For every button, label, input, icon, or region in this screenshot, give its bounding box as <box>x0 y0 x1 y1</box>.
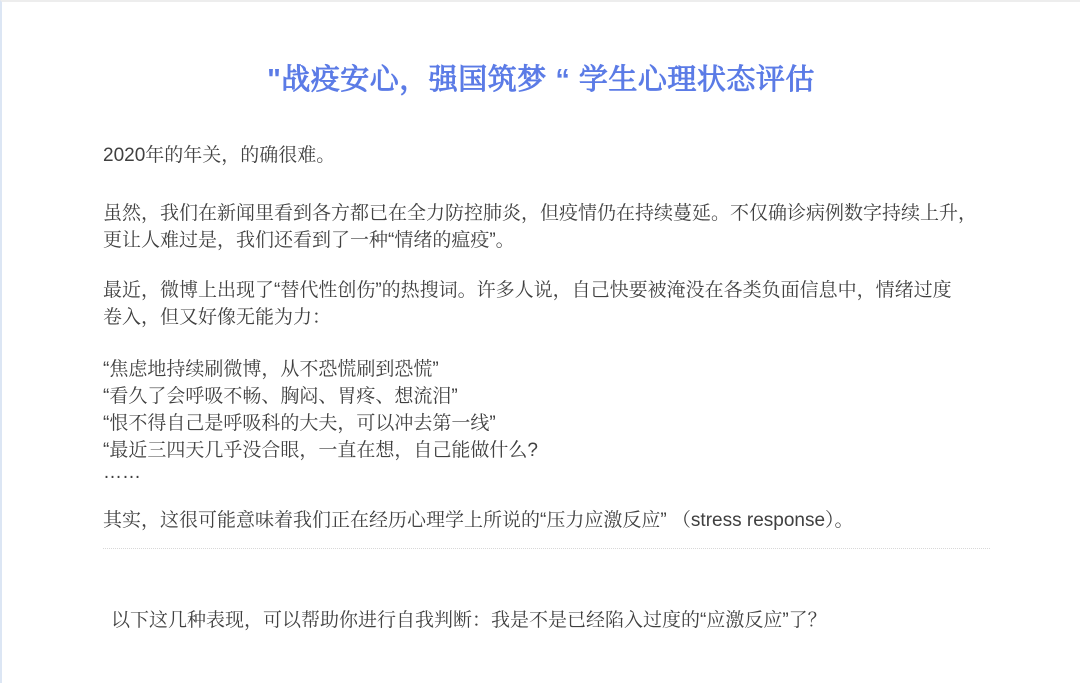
paragraph-self-check-intro: 以下这几种表现，可以帮助你进行自我判断：我是不是已经陷入过度的“应激反应”了？ <box>103 606 990 636</box>
text-line: 其实，这很可能意味着我们正在经历心理学上所说的“压力应激反应” （stress … <box>103 510 854 531</box>
text-line: 2020年的年关，的确很难。 <box>103 145 335 166</box>
quote-line: “恨不得自己是呼吸科的大夫，可以冲去第一线” <box>103 408 990 435</box>
quote-line: “焦虑地持续刷微博，从不恐慌刷到恐慌” <box>103 354 990 381</box>
text-line: 更让人难过是，我们还看到了一种“情绪的瘟疫”。 <box>103 225 990 252</box>
article-page: { "page": { "background_color": "#ffffff… <box>0 0 1080 683</box>
ellipsis-line: …… <box>103 462 990 484</box>
dotted-divider <box>103 548 990 549</box>
quote-line: “看久了会呼吸不畅、胸闷、胃疼、想流泪” <box>103 381 990 408</box>
text-line: 虽然，我们在新闻里看到各方都已在全力防控肺炎，但疫情仍在持续蔓延。不仅确诊病例数… <box>103 198 990 225</box>
quote-line: “最近三四天几乎没合眼，一直在想，自己能做什么? <box>103 435 990 462</box>
text-line: 卷入，但又好像无能为力： <box>103 302 990 329</box>
article-title: "战疫安心，强国筑梦 “ 学生心理状态评估 <box>2 60 1080 100</box>
paragraph-stress-response: 其实，这很可能意味着我们正在经历心理学上所说的“压力应激反应” （stress … <box>103 506 990 536</box>
paragraph-opening: 2020年的年关，的确很难。 <box>103 141 990 171</box>
article-content: 2020年的年关，的确很难。 虽然，我们在新闻里看到各方都已在全力防控肺炎，但疫… <box>2 141 1080 636</box>
text-line: 以下这几种表现，可以帮助你进行自我判断：我是不是已经陷入过度的“应激反应”了？ <box>111 610 827 631</box>
text-line: 最近，微博上出现了“替代性创伤”的热搜词。许多人说，自己快要被淹没在各类负面信息… <box>103 275 990 302</box>
